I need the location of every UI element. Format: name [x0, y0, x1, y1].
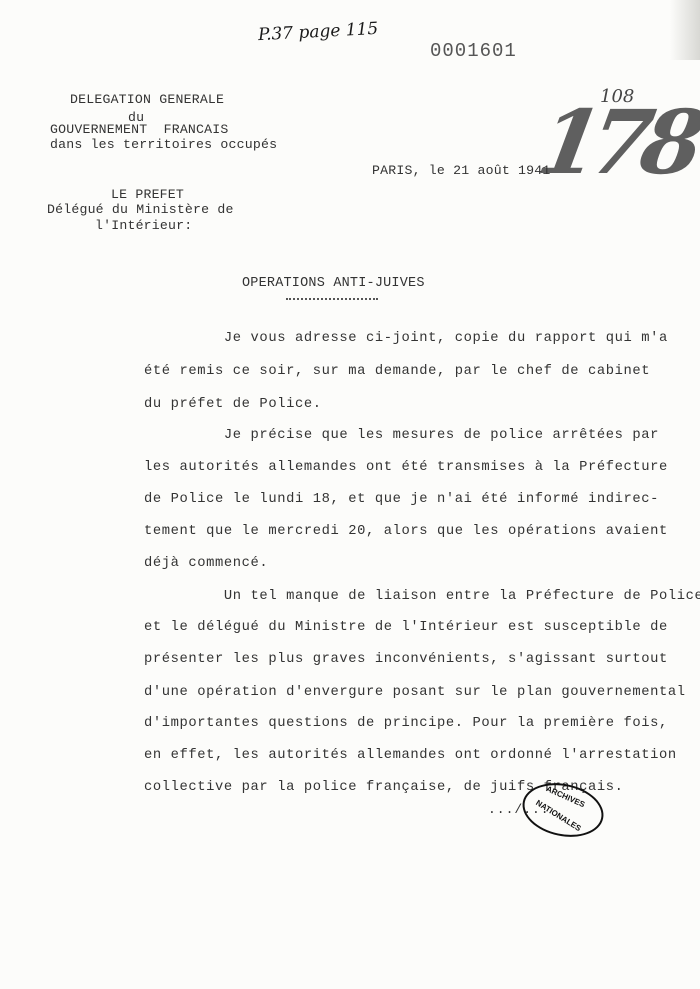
- scan-shadow: [670, 0, 700, 60]
- letter-date: PARIS, le 21 août 1941: [372, 163, 551, 178]
- archive-number: 0001601: [430, 40, 517, 62]
- body-line: du préfet de Police.: [144, 397, 322, 412]
- body-line: en effet, les autorités allemandes ont o…: [144, 748, 677, 763]
- folio-number-large: 178: [531, 90, 700, 194]
- subject-underline: [286, 298, 378, 300]
- body-line: Un tel manque de liaison entre la Préfec…: [144, 589, 700, 604]
- letterhead-line-4: dans les territoires occupés: [50, 137, 277, 152]
- subject-heading: OPERATIONS ANTI-JUIVES: [242, 276, 425, 291]
- body-line: déjà commencé.: [144, 556, 268, 571]
- body-line: Je précise que les mesures de police arr…: [144, 428, 659, 443]
- sender-line-2: Délégué du Ministère de: [47, 202, 234, 217]
- letterhead-line-1: DELEGATION GENERALE: [70, 92, 224, 107]
- sender-line-1: LE PREFET: [111, 187, 184, 202]
- body-line: tement que le mercredi 20, alors que les…: [144, 524, 668, 539]
- body-line: été remis ce soir, sur ma demande, par l…: [144, 364, 650, 379]
- body-line: les autorités allemandes ont été transmi…: [144, 460, 668, 475]
- handwritten-reference: P.37 page 115: [258, 19, 379, 45]
- body-line: de Police le lundi 18, et que je n'ai ét…: [144, 492, 659, 507]
- document-page: P.37 page 115 0001601 108 178 DELEGATION…: [0, 0, 700, 989]
- body-line: Je vous adresse ci-joint, copie du rappo…: [144, 331, 668, 346]
- body-line: d'importantes questions de principe. Pou…: [144, 716, 668, 731]
- body-line: et le délégué du Ministre de l'Intérieur…: [144, 620, 668, 635]
- body-line: d'une opération d'envergure posant sur l…: [144, 685, 686, 700]
- sender-line-3: l'Intérieur:: [95, 218, 192, 233]
- letterhead-line-3: GOUVERNEMENT FRANCAIS: [50, 122, 229, 137]
- body-line: présenter les plus graves inconvénients,…: [144, 652, 668, 667]
